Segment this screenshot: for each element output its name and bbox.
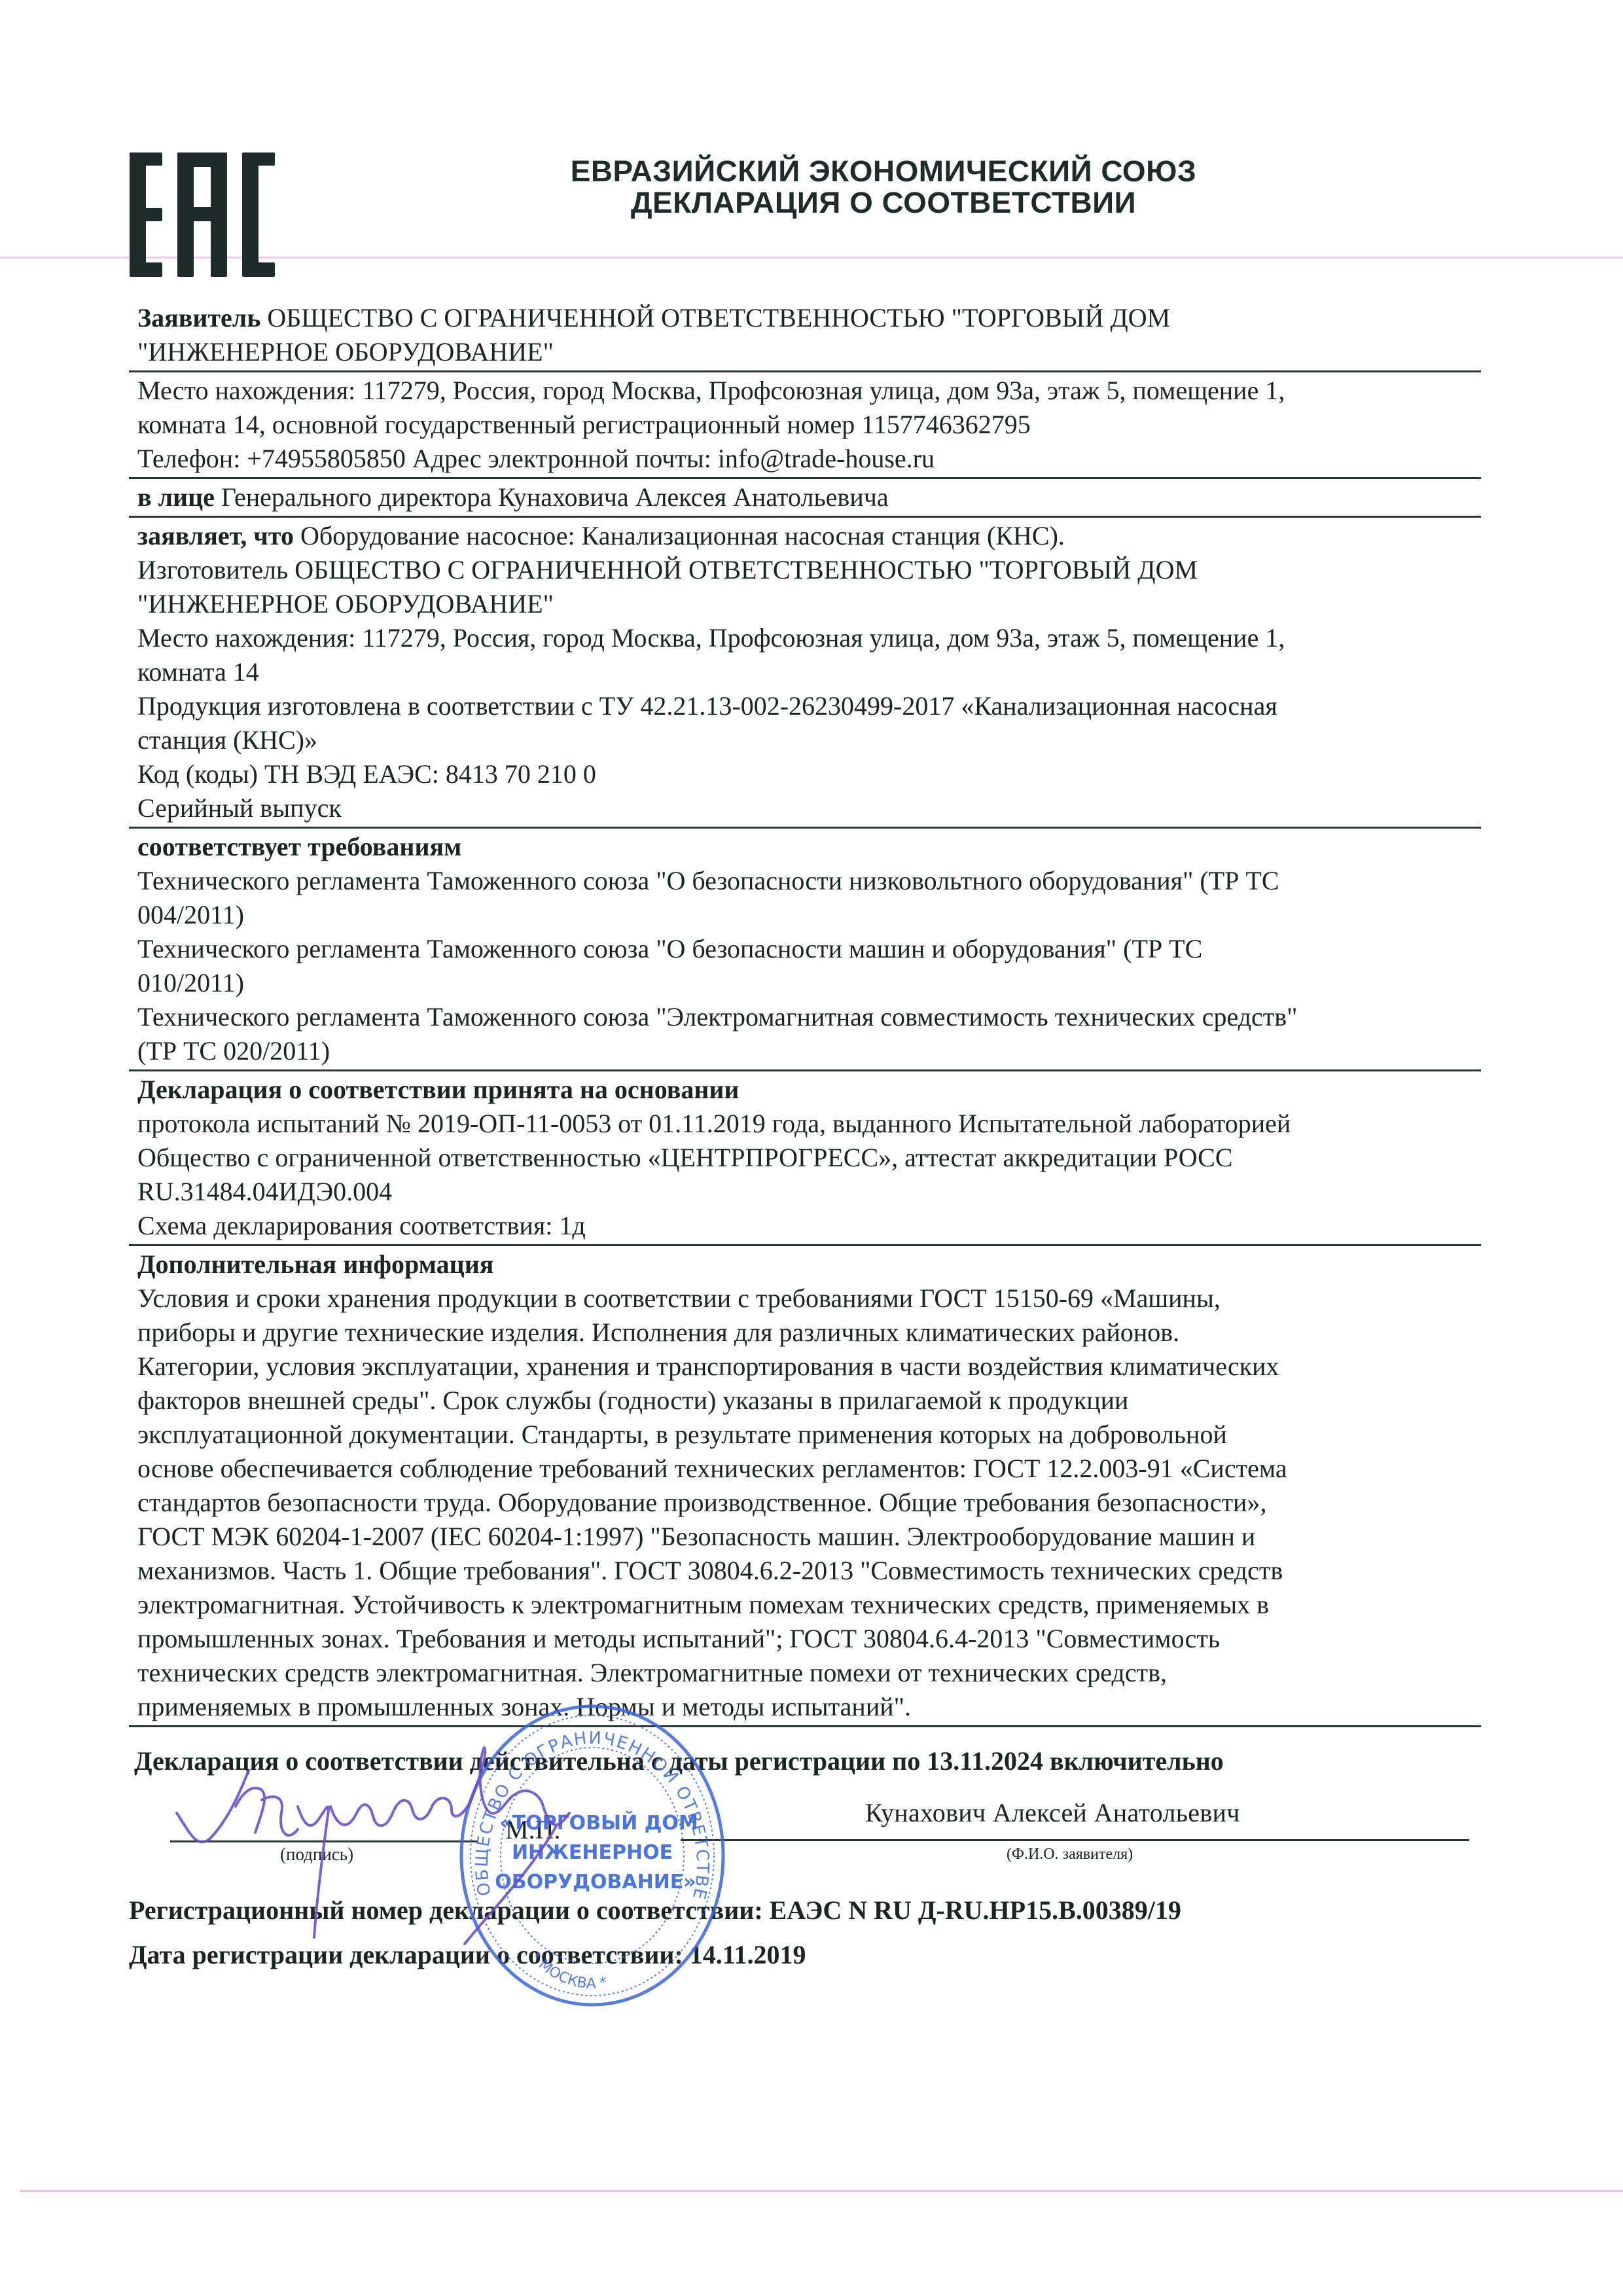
- represented-by-value: Генерального директора Кунаховича Алексе…: [215, 482, 889, 512]
- manufacturer-address: Место нахождения: 117279, Россия, город …: [129, 621, 1481, 655]
- applicant-section: Заявитель ОБЩЕСТВО С ОГРАНИЧЕННОЙ ОТВЕТС…: [129, 301, 1481, 369]
- hs-code: Код (коды) ТН ВЭД ЕАЭС: 8413 70 210 0: [129, 757, 1481, 791]
- svg-text:* МОСКВА *: * МОСКВА *: [527, 1949, 608, 1992]
- divider: [129, 516, 1481, 518]
- requirements-heading: соответствует требованиям: [129, 830, 1481, 864]
- divider: [129, 1244, 1481, 1246]
- requirement-item: Технического регламента Таможенного союз…: [129, 1000, 1481, 1034]
- declares-label: заявляет, что: [137, 521, 294, 550]
- handwritten-signature-icon: [164, 1734, 582, 1950]
- applicant-name-cont: "ИНЖЕНЕРНОЕ ОБОРУДОВАНИЕ": [129, 335, 1481, 369]
- manufacturer-name: Изготовитель ОБЩЕСТВО С ОГРАНИЧЕННОЙ ОТВ…: [129, 553, 1481, 587]
- additional-line: технических средств электромагнитная. Эл…: [129, 1656, 1481, 1690]
- additional-line: стандартов безопасности труда. Оборудова…: [129, 1486, 1481, 1520]
- requirement-item-cont: (ТР ТС 020/2011): [129, 1034, 1481, 1068]
- additional-line: электромагнитная. Устойчивость к электро…: [129, 1588, 1481, 1622]
- applicant-address: Место нахождения: 117279, Россия, город …: [129, 374, 1481, 408]
- signer-caption: (Ф.И.О. заявителя): [1007, 1846, 1133, 1863]
- applicant-contacts: Телефон: +74955805850 Адрес электронной …: [129, 442, 1481, 476]
- applicant-label: Заявитель: [137, 303, 260, 332]
- divider: [129, 827, 1481, 829]
- divider: [129, 1069, 1481, 1071]
- declares-statement: заявляет, что Оборудование насосное: Кан…: [129, 519, 1481, 553]
- divider: [129, 370, 1481, 372]
- additional-line: Категории, условия эксплуатации, хранени…: [129, 1350, 1481, 1384]
- declaration-body: Заявитель ОБЩЕСТВО С ОГРАНИЧЕННОЙ ОТВЕТС…: [129, 301, 1481, 1729]
- requirement-item: Технического регламента Таможенного союз…: [129, 864, 1481, 898]
- basis-protocol: протокола испытаний № 2019-ОП-11-0053 от…: [129, 1107, 1481, 1141]
- manufacturer-address-cont: комната 14: [129, 655, 1481, 689]
- stamp-bottom-text: * МОСКВА *: [527, 1949, 608, 1992]
- additional-line: Условия и сроки хранения продукции в соо…: [129, 1282, 1481, 1316]
- divider: [129, 477, 1481, 479]
- additional-line: ГОСТ МЭК 60204-1-2007 (IEC 60204-1:1997)…: [129, 1520, 1481, 1554]
- document-title: ДЕКЛАРАЦИЯ О СООТВЕТСТВИИ: [450, 186, 1317, 220]
- requirement-item-cont: 004/2011): [129, 898, 1481, 932]
- additional-line: эксплуатационной документации. Стандарты…: [129, 1418, 1481, 1452]
- represented-by: в лице Генерального директора Кунаховича…: [129, 480, 1481, 514]
- basis-accreditation: RU.31484.04ИДЭ0.004: [129, 1175, 1481, 1209]
- declaration-scheme: Схема декларирования соответствия: 1д: [129, 1209, 1481, 1243]
- requirement-item-cont: 010/2011): [129, 966, 1481, 1000]
- additional-heading: Дополнительная информация: [129, 1247, 1481, 1282]
- declaration-page: ЕВРАЗИЙСКИЙ ЭКОНОМИЧЕСКИЙ СОЮЗ ДЕКЛАРАЦИ…: [0, 0, 1623, 2296]
- eac-logo-icon: [130, 152, 276, 277]
- additional-line: механизмов. Часть 1. Общие требования". …: [129, 1554, 1481, 1588]
- basis-lab: Общество с ограниченной ответственностью…: [129, 1141, 1481, 1175]
- production-type: Серийный выпуск: [129, 791, 1481, 825]
- requirement-item: Технического регламента Таможенного союз…: [129, 932, 1481, 966]
- union-title: ЕВРАЗИЙСКИЙ ЭКОНОМИЧЕСКИЙ СОЮЗ: [450, 154, 1317, 188]
- additional-line: факторов внешней среды". Срок службы (го…: [129, 1384, 1481, 1418]
- additional-line: промышленных зонах. Требования и методы …: [129, 1622, 1481, 1656]
- additional-line: основе обеспечивается соблюдение требова…: [129, 1452, 1481, 1486]
- signer-name: Кунахович Алексей Анатольевич: [865, 1797, 1240, 1828]
- divider: [129, 1725, 1481, 1727]
- manufacturer-name-cont: "ИНЖЕНЕРНОЕ ОБОРУДОВАНИЕ": [129, 587, 1481, 621]
- product-spec: Продукция изготовлена в соответствии с Т…: [129, 689, 1481, 723]
- applicant-address-cont: комната 14, основной государственный рег…: [129, 408, 1481, 442]
- basis-heading: Декларация о соответствии принята на осн…: [129, 1073, 1481, 1107]
- applicant-name: ОБЩЕСТВО С ОГРАНИЧЕННОЙ ОТВЕТСТВЕННОСТЬЮ…: [260, 303, 1170, 332]
- scan-artifact-line-bottom: [20, 2190, 1623, 2192]
- additional-line: применяемых в промышленных зонах. Нормы …: [129, 1690, 1481, 1724]
- declares-value: Оборудование насосное: Канализационная н…: [294, 521, 1065, 550]
- represented-by-label: в лице: [137, 482, 215, 512]
- additional-line: приборы и другие технические изделия. Ис…: [129, 1316, 1481, 1350]
- registration-number-value: ЕАЭС N RU Д-RU.НР15.В.00389/19: [763, 1895, 1181, 1925]
- product-spec-cont: станция (КНС)»: [129, 723, 1481, 757]
- signer-name-line: [681, 1839, 1469, 1841]
